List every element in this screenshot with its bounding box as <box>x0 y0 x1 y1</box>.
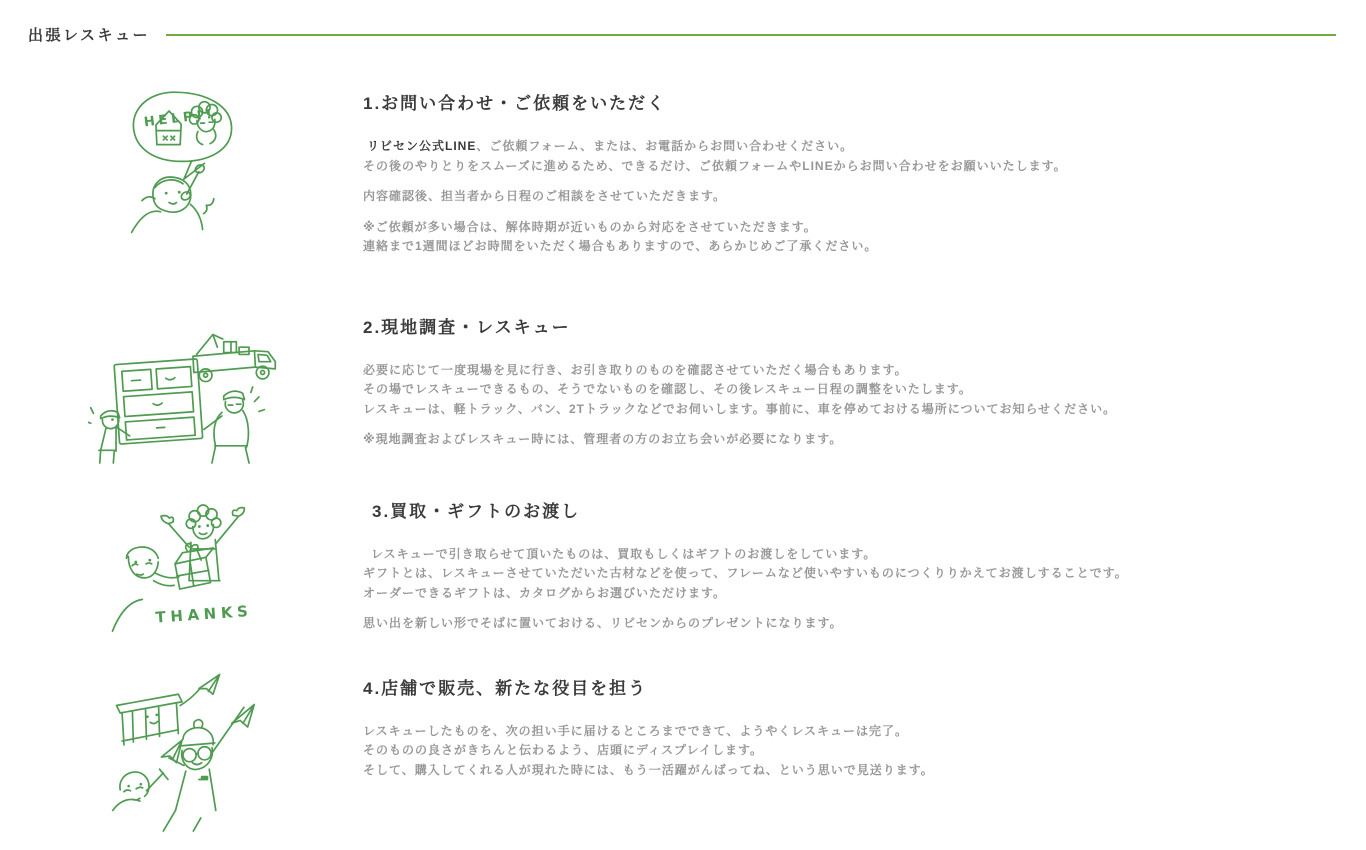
step-4-text: 4.店舗で販売、新たな役目を担う レスキューしたものを、次の担い手に届けるところ… <box>363 674 934 781</box>
step-3-line-4: 思い出を新しい形でそばに置いておける、リビセンからのプレゼントになります。 <box>363 614 1128 634</box>
phone-call-help-illustration: HELP!! <box>113 83 253 237</box>
step-1-line-1-rest: 、ご依頼フォーム、または、お電話からお問い合わせください。 <box>476 139 853 153</box>
step-1-note-line-1: ※ご依頼が多い場合は、解体時期が近いものから対応をさせていただきます。 <box>363 218 1067 238</box>
step-3-line-2: ギフトとは、レスキューさせていただいた古材などを使って、フレームなど使いやすいも… <box>363 564 1128 584</box>
step-3-illustration: THANKS <box>88 491 278 633</box>
page-title: 出張レスキュー <box>28 24 150 45</box>
step-1-line-1: リビセン公式LINE、ご依頼フォーム、または、お電話からお問い合わせください。 <box>363 137 1067 157</box>
step-2-illustration <box>88 307 278 467</box>
step-1-line-2: その後のやりとりをスムーズに進めるため、できるだけ、ご依頼フォームやLINEから… <box>363 157 1067 177</box>
step-2-note-line-1: ※現地調査およびレスキュー時には、管理者の方のお立ち会いが必要になります。 <box>363 430 1116 450</box>
step-2-survey-rescue: 2.現地調査・レスキュー 必要に応じて一度現場を見に行き、お引き取りのものを確認… <box>0 313 1366 467</box>
step-2-paragraph-1: 必要に応じて一度現場を見に行き、お引き取りのものを確認させていただく場合もありま… <box>363 361 1116 420</box>
step-4-line-2: そのものの良さがきちんと伝わるよう、店頭にディスプレイします。 <box>363 741 934 761</box>
step-1-text: 1.お問い合わせ・ご依頼をいただく リビセン公式LINE、ご依頼フォーム、または… <box>363 89 1067 257</box>
step-3-purchase-gift: THANKS 3.買取・ギフトのお渡し レスキューで引き取らせて頂いたものは、買… <box>0 497 1366 634</box>
step-4-line-1: レスキューしたものを、次の担い手に届けるところまでできて、ようやくレスキューは完… <box>363 722 934 742</box>
help-bubble-text: HELP!! <box>143 107 216 131</box>
step-2-heading: 2.現地調査・レスキュー <box>363 313 1116 338</box>
step-1-paragraph-1: リビセン公式LINE、ご依頼フォーム、または、お電話からお問い合わせください。 … <box>363 137 1067 176</box>
store-display-sendoff-illustration <box>103 668 263 832</box>
step-2-paragraph-2: ※現地調査およびレスキュー時には、管理者の方のお立ち会いが必要になります。 <box>363 430 1116 450</box>
step-1-paragraph-3: ※ご依頼が多い場合は、解体時期が近いものから対応をさせていただきます。 連絡まで… <box>363 218 1067 257</box>
step-3-line-3: オーダーできるギフトは、カタログからお選びいただけます。 <box>363 584 1128 604</box>
step-1-contact: HELP!! 1.お問い合わせ・ご依頼をいただく リビセン公式LINE、ご依頼フ… <box>0 89 1366 257</box>
gift-handover-thanks-illustration: THANKS <box>101 491 265 633</box>
step-4-line-3: そして、購入してくれる人が現れた時には、もう一活躍がんばってね、という思いで見送… <box>363 761 934 781</box>
step-1-note-line-2: 連絡まで1週間ほどお時間をいただく場合もありますので、あらかじめご了承ください。 <box>363 237 1067 257</box>
step-1-heading: 1.お問い合わせ・ご依頼をいただく <box>363 89 1067 114</box>
step-3-heading: 3.買取・ギフトのお渡し <box>363 497 1128 522</box>
step-3-paragraph-2: 思い出を新しい形でそばに置いておける、リビセンからのプレゼントになります。 <box>363 614 1128 634</box>
step-4-illustration <box>88 668 278 832</box>
step-4-heading: 4.店舗で販売、新たな役目を担う <box>363 674 934 699</box>
step-3-paragraph-1: レスキューで引き取らせて頂いたものは、買取もしくはギフトのお渡しをしています。 … <box>363 545 1128 604</box>
thanks-text: THANKS <box>155 601 253 626</box>
step-3-text: 3.買取・ギフトのお渡し レスキューで引き取らせて頂いたものは、買取もしくはギフ… <box>363 497 1128 634</box>
step-2-line-1: 必要に応じて一度現場を見に行き、お引き取りのものを確認させていただく場合もありま… <box>363 361 1116 381</box>
step-2-line-3: レスキューは、軽トラック、バン、2Tトラックなどでお伺いします。事前に、車を停め… <box>363 400 1116 420</box>
step-4-paragraph-1: レスキューしたものを、次の担い手に届けるところまでできて、ようやくレスキューは完… <box>363 722 934 781</box>
header-divider-line <box>166 34 1336 36</box>
step-2-line-2: その場でレスキューできるもの、そうでないものを確認し、その後レスキュー日程の調整… <box>363 380 1116 400</box>
line-official-link[interactable]: リビセン公式LINE <box>367 139 476 153</box>
rescue-steps: HELP!! 1.お問い合わせ・ご依頼をいただく リビセン公式LINE、ご依頼フ… <box>0 45 1366 832</box>
step-1-illustration: HELP!! <box>88 83 278 237</box>
step-3-line-1: レスキューで引き取らせて頂いたものは、買取もしくはギフトのお渡しをしています。 <box>363 545 1128 565</box>
step-2-text: 2.現地調査・レスキュー 必要に応じて一度現場を見に行き、お引き取りのものを確認… <box>363 313 1116 450</box>
step-4-store-sale: 4.店舗で販売、新たな役目を担う レスキューしたものを、次の担い手に届けるところ… <box>0 674 1366 832</box>
page-header: 出張レスキュー <box>0 0 1366 45</box>
movers-carrying-dresser-truck-illustration <box>88 307 278 467</box>
step-1-line-3: 内容確認後、担当者から日程のご相談をさせていただきます。 <box>363 187 1067 207</box>
step-1-paragraph-2: 内容確認後、担当者から日程のご相談をさせていただきます。 <box>363 187 1067 207</box>
